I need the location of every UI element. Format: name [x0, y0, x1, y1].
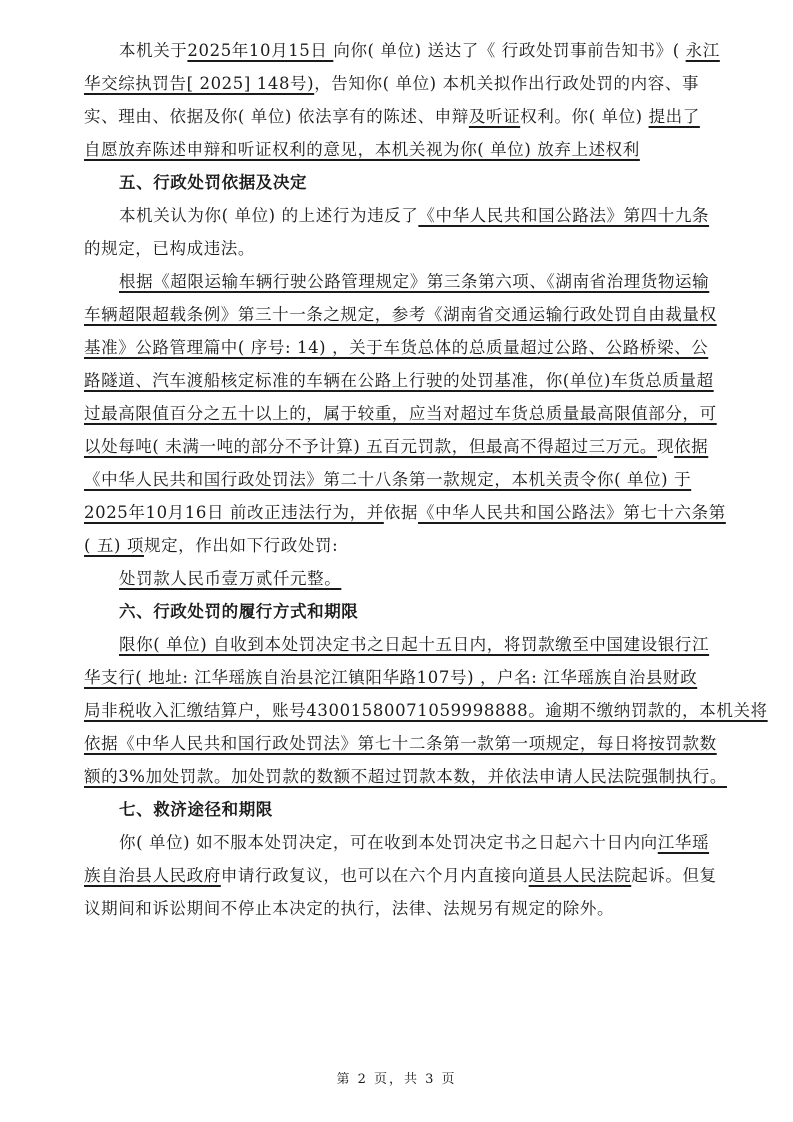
paragraph-basis-line-9: ( 五) 项规定，作出如下行政处罚:	[84, 533, 734, 559]
notice-number: 永江	[686, 41, 720, 60]
text: 过最高限值百分之五十以上的，属于较重，应当对超过车货总质量最高限值部分，可	[84, 404, 717, 423]
paragraph-basis-line-5: 过最高限值百分之五十以上的，属于较重，应当对超过车货总质量最高限值部分，可	[84, 401, 734, 427]
text: ( 五) 项	[84, 536, 144, 555]
court-name: 道县人民法院	[529, 866, 632, 885]
text: 及听证	[469, 107, 520, 126]
text: 实、理由、依据及你( 单位) 依法享有的陈述、申辩	[84, 107, 469, 126]
text: 路隧道、汽车渡船核定标准的车辆在公路上行驶的处罚基准，你(单位)车货总质量超	[84, 371, 714, 390]
paragraph-remedy-line-1: 你( 单位) 如不服本处罚决定，可在收到本处罚决定书之日起六十日内向江华瑶	[84, 830, 769, 856]
text: 向你( 单位) 送达了《 行政处罚事前告知书》(	[333, 41, 685, 60]
text: 起诉。但复	[631, 866, 717, 885]
paragraph-basis-line-1: 根据《超限运输车辆行驶公路管理规定》第三条第六项、《湖南省治理货物运输	[84, 269, 769, 295]
bank-address: 华支行( 地址: 江华瑶族自治县沱江镇阳华路107号) ，户名: 江华瑶族自治县…	[84, 668, 697, 687]
section-heading-5: 五、行政处罚依据及决定	[84, 170, 769, 196]
notice-number: 华交综执罚告[ 2025] 148号)	[84, 74, 314, 93]
paragraph-basis-line-4: 路隧道、汽车渡船核定标准的车辆在公路上行驶的处罚基准，你(单位)车货总质量超	[84, 368, 734, 394]
text: 的规定，已构成违法。	[84, 239, 255, 258]
paragraph-payment-line-2: 华支行( 地址: 江华瑶族自治县沱江镇阳华路107号) ，户名: 江华瑶族自治县…	[84, 665, 734, 691]
text: 申请行政复议，也可以在六个月内直接向	[221, 866, 529, 885]
paragraph-notice-line-4: 自愿放弃陈述申辩和听证权利的意见，本机关视为你( 单位) 放弃上述权利	[84, 137, 734, 163]
paragraph-basis-line-3: 基准》公路管理篇中( 序号: 14) ，关于车货总体的总质量超过公路、公路桥梁、…	[84, 335, 734, 361]
paragraph-violation-line-1: 本机关认为你( 单位) 的上述行为违反了《中华人民共和国公路法》第四十九条	[84, 203, 769, 229]
text: 《中华人民共和国行政处罚法》第二十八条第一款规定，本机关责令你( 单位) 于	[84, 470, 691, 489]
penalty-amount: 处罚款人民币壹万贰仟元整。	[84, 566, 769, 592]
paragraph-notice-line-2: 华交综执罚告[ 2025] 148号)，告知你( 单位) 本机关拟作出行政处罚的…	[84, 71, 734, 97]
text: 车辆超限超载条例》第三十一条之规定，参考《湖南省交通运输行政处罚自由裁量权	[84, 305, 717, 324]
law-reference: 《中华人民共和国公路法》第七十六条第	[418, 503, 726, 522]
paragraph-notice-line-3: 实、理由、依据及你( 单位) 依法享有的陈述、申辩及听证权利。你( 单位) 提出…	[84, 104, 734, 130]
paragraph-payment-line-5: 额的3%加处罚款。加处罚款的数额不超过罚款本数，并依法申请人民法院强制执行。	[84, 764, 734, 790]
penalty-amount-text: 处罚款人民币壹万贰仟元整。	[119, 569, 341, 588]
paragraph-remedy-line-3: 议期间和诉讼期间不停止本决定的执行，法律、法规另有规定的除外。	[84, 896, 734, 922]
paragraph-payment-line-4: 依据《中华人民共和国行政处罚法》第七十二条第一款第一项规定，每日将按罚款数	[84, 731, 734, 757]
text: 依据	[384, 503, 418, 522]
text: 本机关认为你( 单位) 的上述行为违反了	[119, 206, 418, 225]
text: 本机关于	[119, 41, 187, 60]
paragraph-basis-line-7: 《中华人民共和国行政处罚法》第二十八条第一款规定，本机关责令你( 单位) 于	[84, 467, 734, 493]
text: 依据	[674, 437, 708, 456]
text: 依据《中华人民共和国行政处罚法》第七十二条第一款第一项规定，每日将按罚款数	[84, 734, 717, 753]
text: 以处每吨( 未满一吨的部分不予计算) 五百元罚款，但最高不得超过三万元。	[84, 437, 657, 456]
paragraph-payment-line-1: 限你( 单位) 自收到本处罚决定书之日起十五日内，将罚款缴至中国建设银行江	[84, 632, 769, 658]
text: 权利。你( 单位)	[520, 107, 648, 126]
notice-date: 2025年10月15日	[187, 41, 333, 60]
paragraph-basis-line-8: 2025年10月16日 前改正违法行为，并依据《中华人民共和国公路法》第七十六条…	[84, 500, 734, 526]
paragraph-basis-line-6: 以处每吨( 未满一吨的部分不予计算) 五百元罚款，但最高不得超过三万元。现依据	[84, 434, 734, 460]
paragraph-notice-line-1: 本机关于2025年10月15日 向你( 单位) 送达了《 行政处罚事前告知书》(…	[84, 38, 769, 64]
text: ，告知你( 单位) 本机关拟作出行政处罚的内容、事	[314, 74, 699, 93]
paragraph-violation-line-2: 的规定，已构成违法。	[84, 236, 734, 262]
paragraph-basis-line-2: 车辆超限超载条例》第三十一条之规定，参考《湖南省交通运输行政处罚自由裁量权	[84, 302, 734, 328]
paragraph-remedy-line-2: 族自治县人民政府申请行政复议，也可以在六个月内直接向道县人民法院起诉。但复	[84, 863, 734, 889]
text: 现	[657, 437, 674, 456]
page-indicator: 第 2 页，共 3 页	[0, 1068, 793, 1087]
review-authority: 族自治县人民政府	[84, 866, 221, 885]
text: 额的3%加处罚款。加处罚款的数额不超过罚款本数，并依法申请人民法院强制执行。	[84, 767, 727, 786]
correction-deadline: 2025年10月16日 前改正违法行为，并	[84, 503, 384, 522]
section-heading-6: 六、行政处罚的履行方式和期限	[84, 599, 769, 625]
text: 自愿放弃陈述申辩和听证权利的意见，本机关视为你( 单位) 放弃上述权利	[84, 140, 640, 159]
review-authority: 江华瑶	[658, 833, 709, 852]
text: 根据《超限运输车辆行驶公路管理规定》第三条第六项、《湖南省治理货物运输	[119, 272, 709, 291]
text: 限你( 单位) 自收到本处罚决定书之日起十五日内，将罚款缴至中国建设银行江	[119, 635, 709, 654]
text: 规定，作出如下行政处罚:	[144, 536, 338, 555]
law-reference: 《中华人民共和国公路法》第四十九条	[418, 206, 709, 225]
document-page: 本机关于2025年10月15日 向你( 单位) 送达了《 行政处罚事前告知书》(…	[0, 0, 793, 1122]
text: 基准》公路管理篇中( 序号: 14) ，关于车货总体的总质量超过公路、公路桥梁、…	[84, 338, 708, 357]
text: 议期间和诉讼期间不停止本决定的执行，法律、法规另有规定的除外。	[84, 899, 614, 918]
text: 提出了	[649, 107, 700, 126]
section-heading-7: 七、救济途径和期限	[84, 797, 769, 823]
text: 你( 单位) 如不服本处罚决定，可在收到本处罚决定书之日起六十日内向	[119, 833, 658, 852]
paragraph-payment-line-3: 局非税收入汇缴结算户，账号43001580071059998888。逾期不缴纳罚…	[84, 698, 734, 724]
account-number: 局非税收入汇缴结算户，账号43001580071059998888。逾期不缴纳罚…	[84, 701, 768, 720]
